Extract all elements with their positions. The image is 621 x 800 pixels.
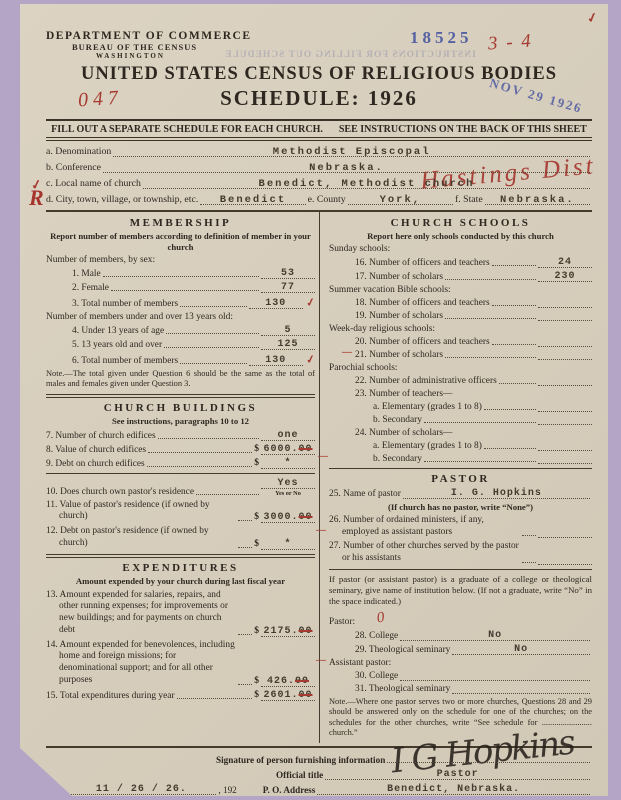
q27-label: 27. Number of other churches served by t… xyxy=(329,541,520,565)
q25-hint: (If church has no pastor, write “None”) xyxy=(329,502,592,512)
q28-row: 28. College No xyxy=(355,630,592,641)
q31-row: 31. Theological seminary xyxy=(355,684,592,694)
census-schedule-paper: INSTRUCTIONS FOR FILLING OUT SCHEDULE 18… xyxy=(20,4,608,796)
date-year-prefix: , 192 xyxy=(218,785,236,795)
dotted-leader xyxy=(522,562,536,563)
dotted-leader xyxy=(158,438,259,439)
bleedthrough-text: INSTRUCTIONS FOR FILLING OUT SCHEDULE xyxy=(215,50,485,60)
q6-value: 130 xyxy=(265,355,286,366)
q2-row: 2. Female 77 xyxy=(72,282,315,293)
dollar-sign: $ xyxy=(254,444,259,454)
q7-label: 7. Number of church edifices xyxy=(46,431,156,441)
conference-label: b. Conference xyxy=(46,162,101,173)
denomination-line: Methodist Episcopal xyxy=(113,146,590,158)
q23a-row: a. Elementary (grades 1 to 8) xyxy=(373,402,592,412)
dotted-leader xyxy=(103,276,259,277)
pastor-line-row: Pastor: 0 xyxy=(329,610,592,627)
q12-label: 12. Debt on pastor's residence (if owned… xyxy=(46,526,236,550)
q9-row: 9. Debt on church edifices $ * xyxy=(46,458,315,469)
struck-cents: 00 xyxy=(299,690,313,701)
dotted-leader xyxy=(111,290,259,291)
q25-value: I. G. Hopkins xyxy=(451,488,542,499)
q15-label: 15. Total expenditures during year xyxy=(46,691,175,701)
struck-cents: 00 xyxy=(299,626,313,637)
local-name-label: c. Local name of church xyxy=(46,178,141,189)
q1-answer-slot: 53 xyxy=(261,268,315,279)
city-value: Benedict xyxy=(220,194,286,206)
red-page-annotation: 3 - 4 xyxy=(487,30,533,55)
official-title-line: Pastor xyxy=(325,768,590,780)
red-code-annotation: 047 xyxy=(77,86,123,112)
q10-value: Yes xyxy=(277,478,298,489)
q10-label: 10. Does church own pastor's residence xyxy=(46,487,194,497)
q27-row: 27. Number of other churches served by t… xyxy=(329,541,592,565)
dotted-leader xyxy=(196,494,259,495)
q7-answer-slot: one xyxy=(261,430,315,441)
struck-cents: 00 xyxy=(299,512,313,523)
q24b-answer-slot xyxy=(538,463,592,464)
q20-answer-slot xyxy=(538,346,592,347)
q8-row: 8. Value of church edifices $ 6000.00 xyxy=(46,444,315,455)
q14-row: 14. Amount expended for benevolences, in… xyxy=(46,640,315,687)
q4-answer-slot: 5 xyxy=(261,325,315,336)
official-title-value: Pastor xyxy=(437,769,479,780)
q5-row: 5. 13 years old and over 125 xyxy=(72,339,315,350)
q3-row: 3. Total number of members 130 ✓ xyxy=(72,296,315,309)
q16-row: 16. Number of officers and teachers 24 xyxy=(355,257,592,268)
q18-row: 18. Number of officers and teachers xyxy=(355,298,592,308)
dollar-sign: $ xyxy=(254,676,259,686)
dollar-sign: $ xyxy=(254,690,259,700)
dotted-leader xyxy=(180,306,247,307)
q3-answer-slot: 130 xyxy=(249,298,303,309)
right-column: CHURCH SCHOOLS Report here only schools … xyxy=(319,212,592,743)
membership-subtitle: Report number of members according to de… xyxy=(46,231,315,253)
dollar-sign: $ xyxy=(254,539,259,549)
q24a-row: a. Elementary (grades 1 to 8) xyxy=(373,441,592,451)
q10-yes-or-no-hint: Yes or No xyxy=(275,490,301,497)
city-label: d. City, town, village, or township, etc… xyxy=(46,194,198,205)
q3-label: 3. Total number of members xyxy=(72,299,178,309)
q26-answer-slot xyxy=(538,537,592,538)
q16-answer-slot: 24 xyxy=(538,257,592,268)
date-line: 11 / 26 / 26. xyxy=(66,783,216,795)
q29-row: 29. Theological seminary No xyxy=(355,644,592,655)
q5-value: 125 xyxy=(277,339,298,350)
q5-answer-slot: 125 xyxy=(261,339,315,350)
dollar-sign: $ xyxy=(254,626,259,636)
q16-label: 16. Number of officers and teachers xyxy=(355,258,490,268)
q24b-label: b. Secondary xyxy=(373,454,422,464)
q22-row: 22. Number of administrative officers xyxy=(355,376,592,386)
pastor-title: PASTOR xyxy=(329,473,592,485)
q22-label: 22. Number of administrative officers xyxy=(355,376,497,386)
q25-label: 25. Name of pastor xyxy=(329,489,401,499)
q19-label: 19. Number of scholars xyxy=(355,311,443,321)
q15-row: 15. Total expenditures during year $ 260… xyxy=(46,690,315,701)
city-line: Benedict xyxy=(200,194,305,206)
dotted-leader xyxy=(499,383,536,384)
dotted-leader xyxy=(522,535,536,536)
red-dash-icon: — xyxy=(316,655,326,666)
q25-line: I. G. Hopkins xyxy=(403,488,590,499)
q29-value: No xyxy=(514,644,528,655)
form-body-columns: MEMBERSHIP Report number of members acco… xyxy=(46,210,592,743)
q23-row: 23. Number of teachers— xyxy=(355,389,592,399)
q24a-label: a. Elementary (grades 1 to 8) xyxy=(373,441,482,451)
q28-line: No xyxy=(400,630,590,641)
city-county-state-row: R d. City, town, village, or township, e… xyxy=(46,194,592,206)
q28-value: No xyxy=(488,630,502,641)
q17-label: 17. Number of scholars xyxy=(355,272,443,282)
q1-label: 1. Male xyxy=(72,269,101,279)
corner-check-icon: ✓ xyxy=(585,9,599,27)
q15-value: 2601.00 xyxy=(263,690,312,701)
state-line: Nebraska. xyxy=(485,194,590,206)
q21-row: — 21. Number of scholars xyxy=(355,350,592,360)
q9-value: * xyxy=(284,458,291,469)
local-name-line: Benedict, Methodist church xyxy=(143,178,590,190)
q1-row: 1. Male 53 xyxy=(72,268,315,279)
buildings-subtitle: See instructions, paragraphs 10 to 12 xyxy=(46,416,315,427)
signature-row: Signature of person furnishing informati… xyxy=(216,755,592,765)
dotted-leader xyxy=(387,762,590,763)
serial-number-stamp: 18525 xyxy=(410,28,473,48)
graduate-instruction: If pastor (or assistant pastor) is a gra… xyxy=(329,574,592,607)
q17-row: 17. Number of scholars 230 xyxy=(355,271,592,282)
q12-value: * xyxy=(284,539,291,550)
q30-row: 30. College xyxy=(355,671,592,681)
q4-value: 5 xyxy=(284,325,291,336)
q10-answer-slot: Yes xyxy=(261,478,315,489)
denomination-row: a. Denomination Methodist Episcopal xyxy=(46,146,592,158)
q2-answer-slot: 77 xyxy=(261,282,315,293)
q22-answer-slot xyxy=(538,385,592,386)
q24a-answer-slot xyxy=(538,450,592,451)
q18-answer-slot xyxy=(538,307,592,308)
red-check-icon: ✓ xyxy=(305,295,317,310)
red-dash-icon: — xyxy=(342,347,352,358)
q24b-row: — b. Secondary xyxy=(373,454,592,464)
dotted-leader xyxy=(492,305,536,306)
conference-line: Nebraska. xyxy=(103,162,590,174)
q13-answer-slot: 2175.00 xyxy=(261,626,315,637)
section-divider xyxy=(46,473,315,474)
q18-label: 18. Number of officers and teachers xyxy=(355,298,490,308)
section-divider xyxy=(329,468,592,469)
dotted-leader xyxy=(166,333,259,334)
q14-value: 426.00 xyxy=(267,676,309,687)
red-check-icon: ✓ xyxy=(305,352,317,367)
q23-label: 23. Number of teachers— xyxy=(355,389,452,399)
q4-label: 4. Under 13 years of age xyxy=(72,326,164,336)
q11-value: 3000.00 xyxy=(263,512,312,523)
members-by-sex-heading: Number of members, by sex: xyxy=(46,255,315,265)
banner-text-2: SEE INSTRUCTIONS ON THE BACK OF THIS SHE… xyxy=(339,124,587,135)
state-label: f. State xyxy=(455,194,483,205)
date-label: Date xyxy=(46,785,64,795)
date-value: 11 / 26 / 26. xyxy=(96,784,187,795)
local-name-value: Benedict, Methodist church xyxy=(259,178,475,190)
q14-label: 14. Amount expended for benevolences, in… xyxy=(46,640,236,687)
q23b-label: b. Secondary xyxy=(373,415,422,425)
county-line: York, xyxy=(348,194,453,206)
schools-subtitle: Report here only schools conducted by th… xyxy=(329,231,592,242)
banner-text-1: FILL OUT A SEPARATE SCHEDULE FOR EACH CH… xyxy=(51,124,323,135)
dotted-leader xyxy=(484,409,536,410)
dotted-leader xyxy=(164,347,259,348)
q6-row: 6. Total number of members 130 ✓ xyxy=(72,353,315,366)
struck-cents: 00 xyxy=(299,444,313,455)
signature-section: I G Hopkins Signature of person furnishi… xyxy=(46,746,592,800)
dotted-leader xyxy=(147,466,253,467)
dotted-leader xyxy=(492,344,536,345)
q10-answer-column: Yes Yes or No xyxy=(261,478,315,497)
county-value: York, xyxy=(380,194,422,206)
conference-row: b. Conference Nebraska. xyxy=(46,162,592,174)
summer-schools-heading: Summer vacation Bible schools: xyxy=(329,285,592,295)
dotted-leader xyxy=(238,634,252,635)
q12-row: 12. Debt on pastor's residence (if owned… xyxy=(46,526,315,550)
q25-row: 25. Name of pastor I. G. Hopkins xyxy=(329,488,592,499)
dotted-leader xyxy=(238,547,252,548)
membership-note: Note.—The total given under Question 6 s… xyxy=(46,369,315,390)
dotted-leader xyxy=(238,684,252,685)
q17-value: 230 xyxy=(554,271,575,282)
q31-label: 31. Theological seminary xyxy=(355,684,450,694)
q16-value: 24 xyxy=(558,257,572,268)
expenditures-subtitle: Amount expended by your church during la… xyxy=(46,576,315,587)
weekday-schools-heading: Week-day religious schools: xyxy=(329,324,592,334)
q24-row: 24. Number of scholars— xyxy=(355,428,592,438)
q31-line xyxy=(452,693,590,694)
membership-title: MEMBERSHIP xyxy=(46,217,315,229)
dotted-leader xyxy=(148,452,252,453)
q13-label: 13. Amount expended for salaries, repair… xyxy=(46,590,236,637)
dotted-leader xyxy=(445,318,536,319)
schools-title: CHURCH SCHOOLS xyxy=(329,217,592,229)
buildings-title: CHURCH BUILDINGS xyxy=(46,402,315,414)
state-value: Nebraska. xyxy=(500,194,575,206)
q19-row: 19. Number of scholars xyxy=(355,311,592,321)
assistant-pastor-row: — Assistant pastor: xyxy=(329,658,592,668)
q29-line: No xyxy=(452,644,590,655)
county-label: e. County xyxy=(308,194,346,205)
q27-answer-slot xyxy=(538,564,592,565)
identification-section: Hastings Dist a. Denomination Methodist … xyxy=(46,146,592,206)
q3-value: 130 xyxy=(265,298,286,309)
dotted-leader xyxy=(492,265,536,266)
denomination-value: Methodist Episcopal xyxy=(273,146,431,158)
date-address-row: Date 11 / 26 / 26. , 192 P. O. Address B… xyxy=(46,783,592,795)
members-by-age-heading: Number of members under and over 13 year… xyxy=(46,312,315,322)
q2-value: 77 xyxy=(281,282,295,293)
q6-answer-slot: 130 xyxy=(249,355,303,366)
expenditures-title: EXPENDITURES xyxy=(46,562,315,574)
q6-label: 6. Total number of members xyxy=(72,356,178,366)
local-name-row: ✓ c. Local name of church Benedict, Meth… xyxy=(46,178,592,190)
q11-answer-slot: 3000.00 xyxy=(261,512,315,523)
q21-label: 21. Number of scholars xyxy=(355,350,443,360)
dotted-leader xyxy=(424,461,536,462)
q11-label: 11. Value of pastor's residence (if owne… xyxy=(46,500,236,524)
dotted-leader xyxy=(180,363,247,364)
q26-label: 26. Number of ordained ministers, if any… xyxy=(329,515,520,539)
official-title-label: Official title xyxy=(276,770,323,780)
q29-label: 29. Theological seminary xyxy=(355,645,450,655)
denomination-label: a. Denomination xyxy=(46,146,111,157)
q23a-label: a. Elementary (grades 1 to 8) xyxy=(373,402,482,412)
section-divider xyxy=(329,569,592,570)
section-divider xyxy=(46,394,315,398)
red-zero-annotation: 0 xyxy=(376,609,386,627)
dotted-leader xyxy=(484,448,536,449)
po-address-line: Benedict, Nebraska. xyxy=(317,783,590,795)
dollar-sign: $ xyxy=(254,512,259,522)
q14-answer-slot: 426.00 xyxy=(261,676,315,687)
q23b-answer-slot xyxy=(538,424,592,425)
q23b-row: b. Secondary xyxy=(373,415,592,425)
left-column: MEMBERSHIP Report number of members acco… xyxy=(46,212,319,743)
q2-label: 2. Female xyxy=(72,283,109,293)
pastor-line-label: Pastor: xyxy=(329,617,355,627)
dotted-leader xyxy=(445,357,536,358)
q7-row: 7. Number of church edifices one xyxy=(46,430,315,441)
red-dash-icon: — xyxy=(318,451,328,462)
q12-answer-slot: * xyxy=(261,539,315,550)
q23a-answer-slot xyxy=(538,411,592,412)
dotted-leader xyxy=(177,698,253,699)
q30-label: 30. College xyxy=(355,671,398,681)
q5-label: 5. 13 years old and over xyxy=(72,340,162,350)
q7-value: one xyxy=(277,430,298,441)
q13-row: 13. Amount expended for salaries, repair… xyxy=(46,590,315,637)
q9-label: 9. Debt on church edifices xyxy=(46,459,145,469)
q26-row: — 26. Number of ordained ministers, if a… xyxy=(329,515,592,539)
dotted-leader xyxy=(424,422,536,423)
q24-label: 24. Number of scholars— xyxy=(355,428,452,438)
struck-cents: 00 xyxy=(295,676,309,687)
signature-label: Signature of person furnishing informati… xyxy=(216,755,385,765)
q8-answer-slot: 6000.00 xyxy=(261,444,315,455)
q8-label: 8. Value of church edifices xyxy=(46,445,146,455)
q15-answer-slot: 2601.00 xyxy=(261,690,315,701)
q13-value: 2175.00 xyxy=(263,626,312,637)
red-r-annotation: R xyxy=(29,185,44,211)
po-address-label: P. O. Address xyxy=(263,785,316,795)
q30-line xyxy=(400,680,590,681)
conference-value: Nebraska. xyxy=(309,162,384,174)
q21-answer-slot xyxy=(538,359,592,360)
q20-row: 20. Number of officers and teachers xyxy=(355,337,592,347)
q10-row: 10. Does church own pastor's residence Y… xyxy=(46,478,315,497)
q1-value: 53 xyxy=(281,268,295,279)
red-dash-icon: — xyxy=(316,525,326,536)
parochial-schools-heading: Parochial schools: xyxy=(329,363,592,373)
q19-answer-slot xyxy=(538,320,592,321)
q11-row: 11. Value of pastor's residence (if owne… xyxy=(46,500,315,524)
po-address-value: Benedict, Nebraska. xyxy=(387,784,520,795)
q17-answer-slot: 230 xyxy=(538,271,592,282)
section-divider xyxy=(46,554,315,558)
official-title-row: Official title Pastor xyxy=(276,768,592,780)
q28-label: 28. College xyxy=(355,631,398,641)
dotted-leader xyxy=(445,279,536,280)
sunday-schools-heading: Sunday schools: xyxy=(329,244,592,254)
instruction-banner: FILL OUT A SEPARATE SCHEDULE FOR EACH CH… xyxy=(46,119,592,141)
q4-row: 4. Under 13 years of age 5 xyxy=(72,325,315,336)
q8-value: 6000.00 xyxy=(263,444,312,455)
dotted-leader xyxy=(238,520,252,521)
q9-answer-slot: * xyxy=(261,458,315,469)
assistant-pastor-label: Assistant pastor: xyxy=(329,658,391,668)
q20-label: 20. Number of officers and teachers xyxy=(355,337,490,347)
dollar-sign: $ xyxy=(254,458,259,468)
